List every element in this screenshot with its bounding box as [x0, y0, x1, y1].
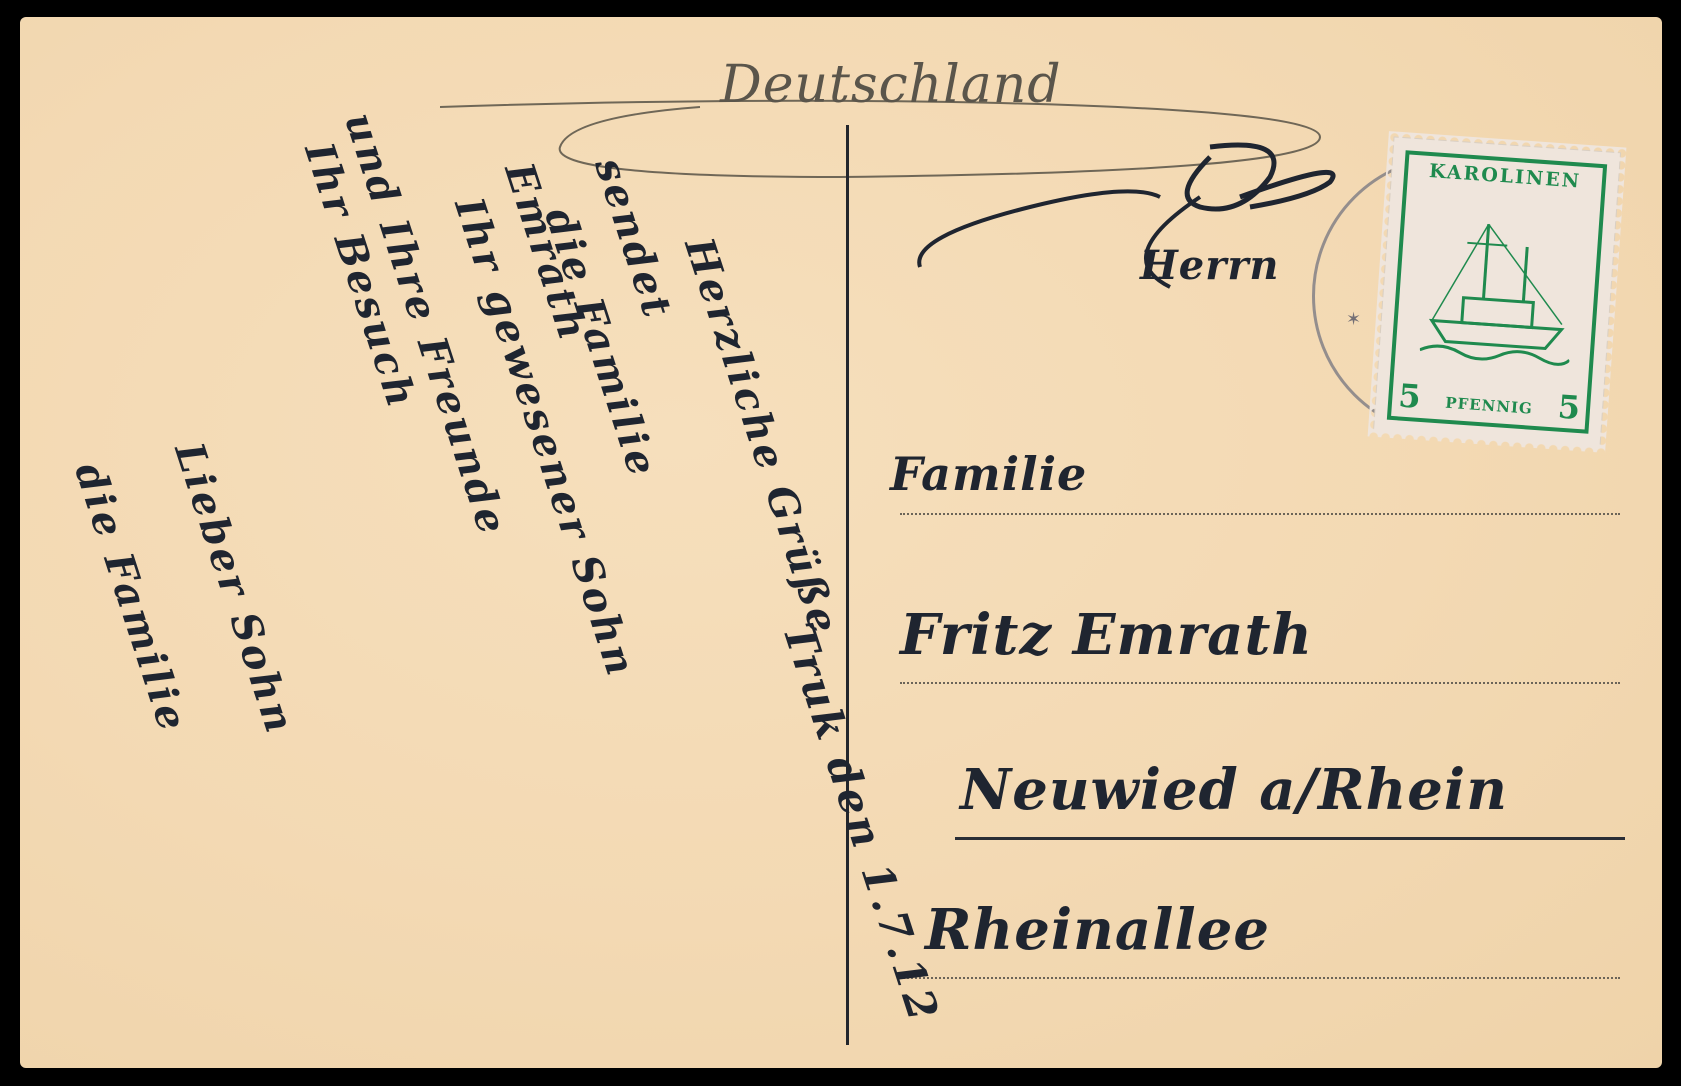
- stamp-value-right: 5: [1557, 388, 1582, 427]
- address-rule-2: [900, 682, 1620, 684]
- address-line-1: Familie: [890, 447, 1087, 501]
- address-underline-3: [955, 837, 1625, 840]
- address-line-4: Rheinallee: [925, 897, 1270, 963]
- message-column-9: die Familie: [65, 457, 197, 739]
- address-line-2: Fritz Emrath: [900, 602, 1313, 668]
- address-salutation: Herrn: [1140, 242, 1279, 289]
- message-column-1: Herzliche Grüße: [675, 232, 848, 642]
- message-date-line: Truk den 1.7.12: [773, 617, 948, 1029]
- address-line-3: Neuwied a/Rhein: [960, 757, 1508, 823]
- postcard: Deutschland Herrn Familie Fritz Emrath N…: [20, 17, 1662, 1068]
- address-rule-4: [900, 977, 1620, 979]
- address-rule-1: [900, 513, 1620, 515]
- ship-icon: [1419, 200, 1580, 370]
- postmark-star-icon: ✶: [1346, 309, 1361, 330]
- postage-stamp: KAROLINEN 5 PFENNIG 5: [1374, 137, 1620, 446]
- country-header: Deutschland: [720, 55, 1062, 115]
- address-divider: [846, 125, 849, 1045]
